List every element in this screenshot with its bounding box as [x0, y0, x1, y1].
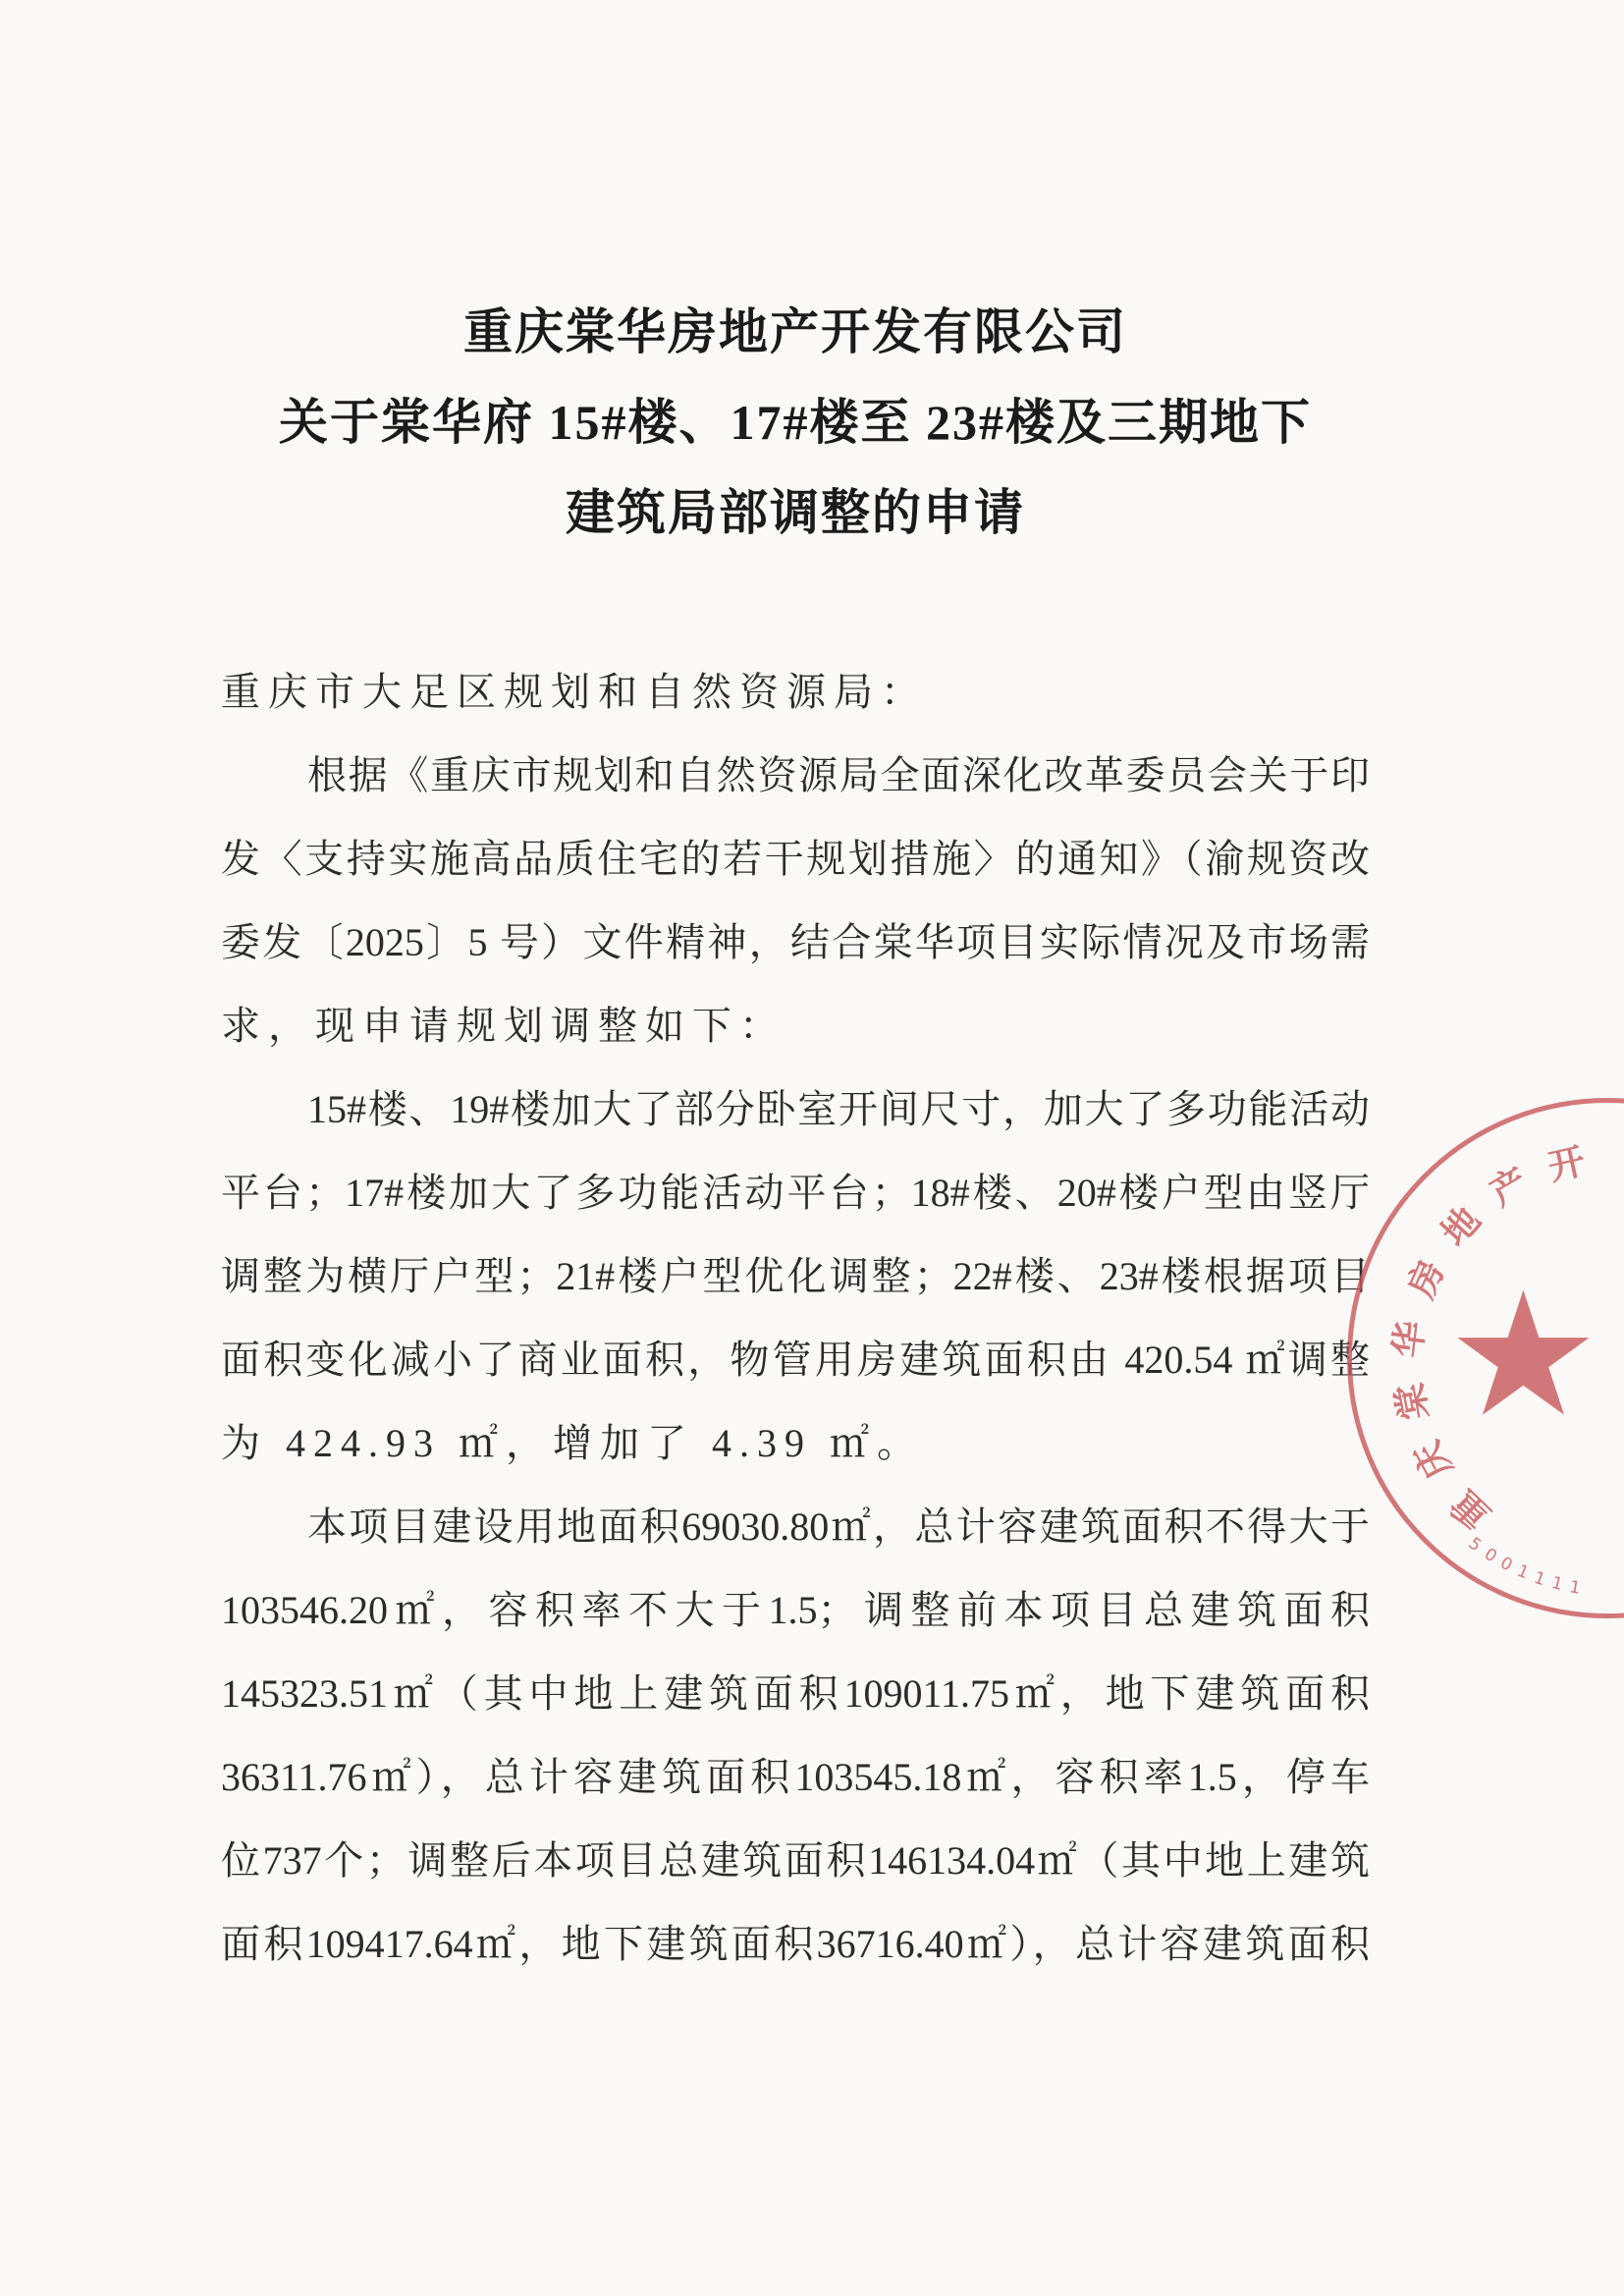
body-line: 面积变化减小了商业面积，物管用房建筑面积由 420.54 ㎡调整	[221, 1318, 1370, 1401]
body-line: 103546.20㎡，容积率不大于1.5；调整前本项目总建筑面积	[221, 1568, 1370, 1652]
body-line: 平台；17#楼加大了多功能活动平台；18#楼、20#楼户型由竖厅	[221, 1151, 1370, 1234]
body-line: 调整为横厅户型；21#楼户型优化调整；22#楼、23#楼根据项目	[221, 1234, 1370, 1318]
title-line-3: 建筑局部调整的申请	[221, 467, 1370, 558]
salutation-line: 重庆市大足区规划和自然资源局：	[221, 650, 1370, 734]
seal-arc-char: 棠	[1389, 1377, 1437, 1425]
body-line: 面积109417.64㎡，地下建筑面积36716.40㎡），总计容建筑面积	[221, 1902, 1370, 1986]
body-line: 本项目建设用地面积69030.80㎡，总计容建筑面积不得大于	[221, 1485, 1370, 1568]
body-line: 委发〔2025〕5 号）文件精神，结合棠华项目实际情况及市场需	[221, 901, 1370, 984]
seal-star-icon: ★	[1446, 1270, 1600, 1442]
title-line-2: 关于棠华府 15#楼、17#楼至 23#楼及三期地下	[221, 377, 1370, 467]
body-line: 145323.51㎡（其中地上建筑面积109011.75㎡，地下建筑面积	[221, 1652, 1370, 1735]
seal-arc-char: 华	[1388, 1316, 1435, 1362]
document-title: 重庆棠华房地产开发有限公司 关于棠华府 15#楼、17#楼至 23#楼及三期地下…	[221, 287, 1370, 558]
body-line: 求，现申请规划调整如下：	[221, 984, 1370, 1067]
body-line: 位737个；调整后本项目总建筑面积146134.04㎡（其中地上建筑	[221, 1819, 1370, 1902]
body-line: 发〈支持实施高品质住宅的若干规划措施〉的通知》（渝规资改	[221, 817, 1370, 901]
scanned-document-page: 重庆棠华房地产开发有限公司 关于棠华府 15#楼、17#楼至 23#楼及三期地下…	[0, 0, 1624, 2296]
body-line: 15#楼、19#楼加大了部分卧室开间尺寸，加大了多功能活动	[221, 1067, 1370, 1151]
title-line-1: 重庆棠华房地产开发有限公司	[221, 287, 1370, 377]
body-line: 根据《重庆市规划和自然资源局全面深化改革委员会关于印	[221, 734, 1370, 817]
seal-number-digit: 1	[1565, 1578, 1586, 1599]
body-line: 为 424.93 ㎡，增加了 4.39 ㎡。	[221, 1401, 1370, 1485]
body-line: 36311.76㎡），总计容建筑面积103545.18㎡，容积率1.5，停车	[221, 1735, 1370, 1819]
document-body: 重庆市大足区规划和自然资源局： 根据《重庆市规划和自然资源局全面深化改革委员会关…	[221, 650, 1370, 1986]
